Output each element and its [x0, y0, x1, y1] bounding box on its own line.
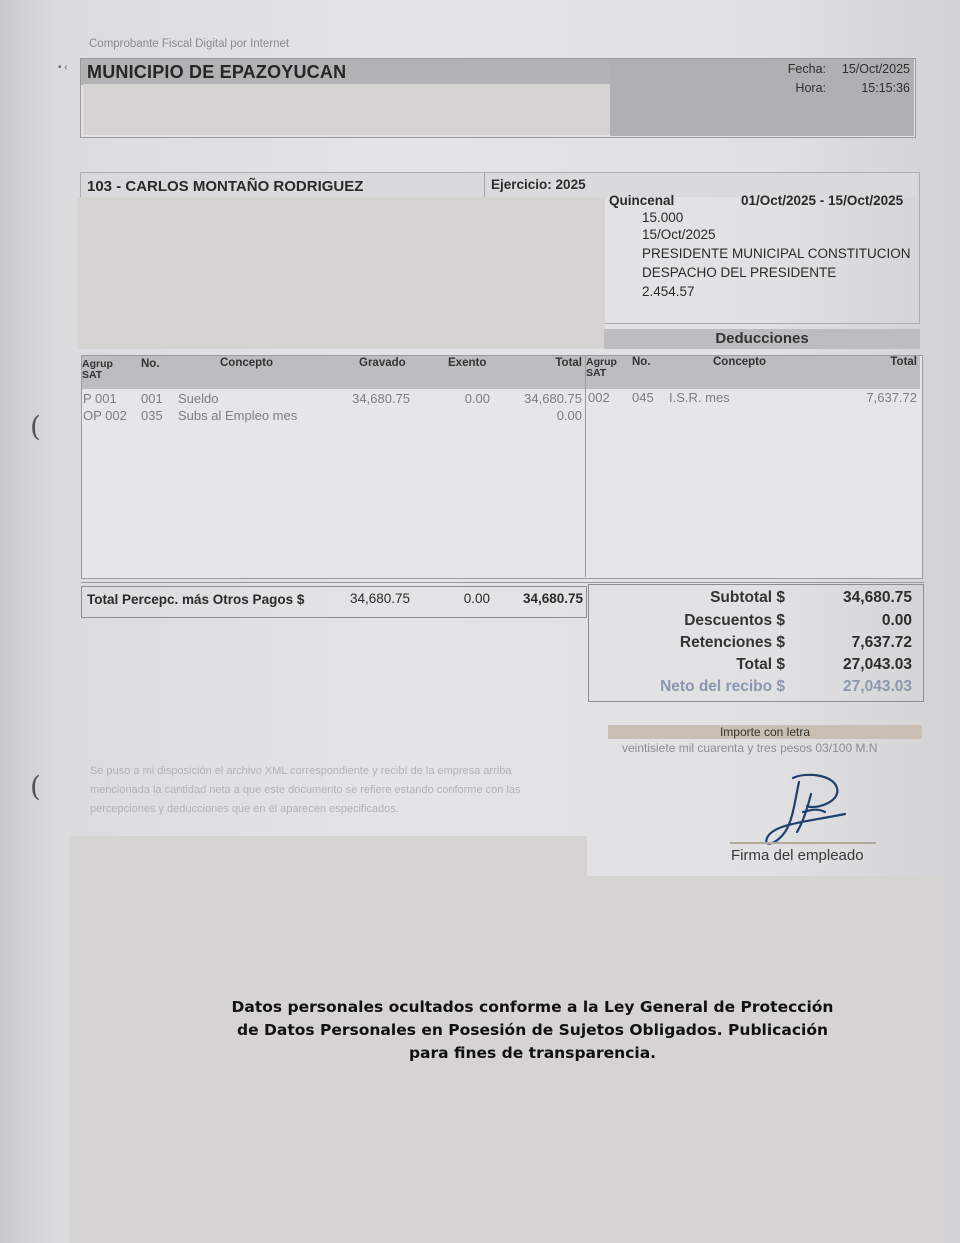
retenciones-value: 7,637.72 — [792, 634, 912, 652]
total-gravado: 34,680.75 — [330, 591, 410, 606]
ejercicio-value: 2025 — [556, 177, 586, 192]
ejercicio: Ejercicio: 2025 — [491, 177, 586, 192]
importe-text: veintisiete mil cuarenta y tres pesos 03… — [622, 741, 877, 755]
ded-row-1-concepto: I.S.R. mes — [669, 390, 730, 405]
redaction-notice: Datos personales ocultados conforme a la… — [220, 996, 845, 1065]
retenciones-label: Retenciones $ — [585, 634, 785, 652]
perc-row-1-agrup: P 001 — [83, 391, 117, 406]
header-sat-text: SAT — [82, 370, 113, 381]
ded-row-1-agrup: 002 — [588, 390, 610, 405]
perc-row-1-exento: 0.00 — [430, 391, 490, 406]
fecha-value: 15/Oct/2025 — [820, 62, 910, 76]
ejercicio-label: Ejercicio: — [491, 177, 552, 192]
puesto: PRESIDENTE MUNICIPAL CONSTITUCION — [642, 246, 924, 261]
employee-name: 103 - CARLOS MONTAÑO RODRIGUEZ — [87, 178, 363, 195]
perc-row-2-agrup: OP 002 — [83, 408, 127, 423]
perc-header-concepto: Concepto — [220, 357, 273, 369]
neto-value: 27,043.03 — [792, 678, 912, 696]
perc-row-1-concepto: Sueldo — [178, 391, 218, 406]
table-divider — [585, 356, 586, 577]
salario-diario: 2.454.57 — [642, 284, 695, 299]
company-name: MUNICIPIO DE EPAZOYUCAN — [87, 62, 346, 83]
margin-mark: • ‹ — [58, 62, 68, 73]
departamento: DESPACHO DEL PRESIDENTE — [642, 265, 836, 280]
signature-line — [730, 842, 876, 844]
ded-header-total: Total — [870, 356, 917, 368]
descuentos-value: 0.00 — [792, 612, 912, 630]
signature-label: Firma del empleado — [731, 847, 864, 864]
deducciones-title: Deducciones — [604, 329, 920, 349]
perc-header-total: Total — [540, 357, 582, 369]
perc-header-agrup: Agrup SAT — [82, 359, 113, 381]
margin-mark: ( — [30, 770, 41, 803]
ded-row-1-no: 045 — [632, 390, 654, 405]
fecha-pago: 15/Oct/2025 — [642, 227, 716, 242]
redacted-company-details — [83, 84, 610, 135]
perc-row-2-total: 0.00 — [500, 408, 582, 423]
dias-pagados: 15.000 — [642, 210, 683, 225]
periodo-tipo: Quincenal — [609, 193, 674, 208]
perc-row-1-total: 34,680.75 — [500, 391, 582, 406]
ded-row-1-total: 7,637.72 — [830, 390, 917, 405]
hora-value: 15:15:36 — [820, 81, 910, 95]
neto-label: Neto del recibo $ — [585, 678, 785, 696]
perc-header-no: No. — [141, 358, 160, 370]
document-type-label: Comprobante Fiscal Digital por Internet — [89, 38, 289, 50]
totals-divider — [81, 582, 924, 583]
perc-row-1-gravado: 34,680.75 — [330, 391, 410, 406]
subtotal-value: 34,680.75 — [792, 589, 912, 607]
ded-header-concepto: Concepto — [713, 356, 766, 368]
total-exento: 0.00 — [430, 591, 490, 606]
employee-divider — [484, 172, 485, 198]
perc-header-exento: Exento — [448, 357, 486, 369]
total-label: Total $ — [585, 656, 785, 674]
total-total: 34,680.75 — [500, 591, 583, 606]
perc-row-2-no: 035 — [141, 408, 163, 423]
perc-row-1-no: 001 — [141, 391, 163, 406]
redacted-employee-details — [77, 197, 605, 349]
perc-header-gravado: Gravado — [359, 357, 406, 369]
ded-header-no: No. — [632, 356, 651, 368]
total-percepciones-label: Total Percepc. más Otros Pagos $ — [87, 592, 304, 607]
ded-header-agrup: Agrup SAT — [586, 357, 617, 379]
legal-text: Se puso a mi disposición el archivo XML … — [90, 762, 560, 819]
importe-label: Importe con letra — [608, 725, 922, 739]
subtotal-label: Subtotal $ — [585, 589, 785, 607]
fecha-label: Fecha: — [766, 62, 826, 76]
perc-row-2-concepto: Subs al Empleo mes — [178, 408, 297, 423]
periodo-rango: 01/Oct/2025 - 15/Oct/2025 — [741, 193, 903, 208]
margin-mark: ( — [30, 410, 41, 443]
total-value: 27,043.03 — [792, 656, 912, 674]
hora-label: Hora: — [766, 81, 826, 95]
header-sat-text: SAT — [586, 368, 617, 379]
table-header — [82, 356, 920, 389]
descuentos-label: Descuentos $ — [585, 612, 785, 630]
